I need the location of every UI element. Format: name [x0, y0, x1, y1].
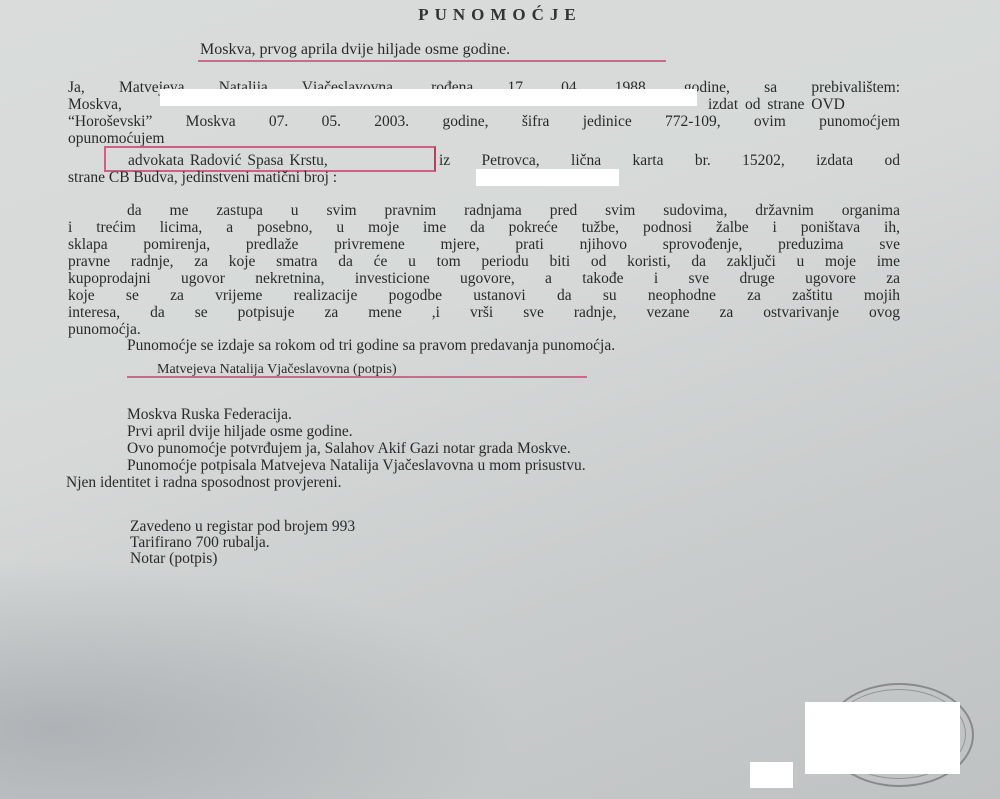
body-line-5: kupoprodajni ugovor nekretnina, investic…: [68, 270, 900, 287]
signature-underline: [127, 376, 587, 378]
redacted-address: [160, 89, 697, 106]
photo-shadow: [0, 560, 520, 799]
validity-clause: Punomoćje se izdaje sa rokom od tri godi…: [127, 337, 615, 354]
register-line-2: Tarifirano 700 rubalja.: [130, 534, 270, 551]
body-line-8: punomoćja.: [68, 321, 141, 338]
attorney-id-line: strane CB Budva, jedinstveni matični bro…: [68, 169, 337, 186]
identity-line: Njen identitet i radna sposodnost provje…: [66, 474, 342, 491]
register-line-3: Notar (potpis): [130, 550, 217, 567]
body-line-7: interesa, da se potpisuje za mene ,i vrš…: [68, 304, 900, 321]
body-line-6: koje se za vrijeme realizacije pogodbe u…: [68, 287, 900, 304]
attorney-name: advokata Radović Spasa Krstu,: [128, 152, 328, 169]
body-line-2: i trećim licima, a posebno, u moje ime d…: [68, 219, 900, 236]
body-line-1: da me zastupa u svim pravnim radnjama pr…: [127, 202, 900, 219]
body-line-3: sklapa pomirenja, predlaže privremene mj…: [68, 236, 900, 253]
body-line-4: pravne radnje, za koje smatra da će u to…: [68, 253, 900, 270]
redacted-id-number: [476, 169, 619, 186]
document-title: PUNOMOĆJE: [0, 5, 1000, 25]
register-line-1: Zavedeno u registar pod brojem 993: [130, 518, 355, 535]
intro-city: Moskva,: [68, 96, 122, 113]
intro-line-4: opunomoćujem: [68, 130, 164, 147]
place-date: Moskva, prvog aprila dvije hiljade osme …: [200, 41, 510, 58]
redacted-stamp: [805, 702, 960, 774]
attorney-details: iz Petrovca, lična karta br. 15202, izda…: [439, 152, 900, 169]
redacted-signature: [750, 762, 793, 788]
intro-issued-by: izdat od strane OVD: [708, 96, 845, 113]
notary-line-1: Moskva Ruska Federacija.: [127, 406, 292, 423]
notary-line-3: Ovo punomoćje potvrđujem ja, Salahov Aki…: [127, 440, 571, 457]
place-date-underline: [198, 60, 666, 62]
notary-line-4: Punomoćje potpisala Matvejeva Natalija V…: [127, 457, 586, 474]
intro-line-3: “Horoševski” Moskva 07. 05. 2003. godine…: [68, 113, 900, 130]
notary-line-2: Prvi april dvije hiljade osme godine.: [127, 423, 353, 440]
